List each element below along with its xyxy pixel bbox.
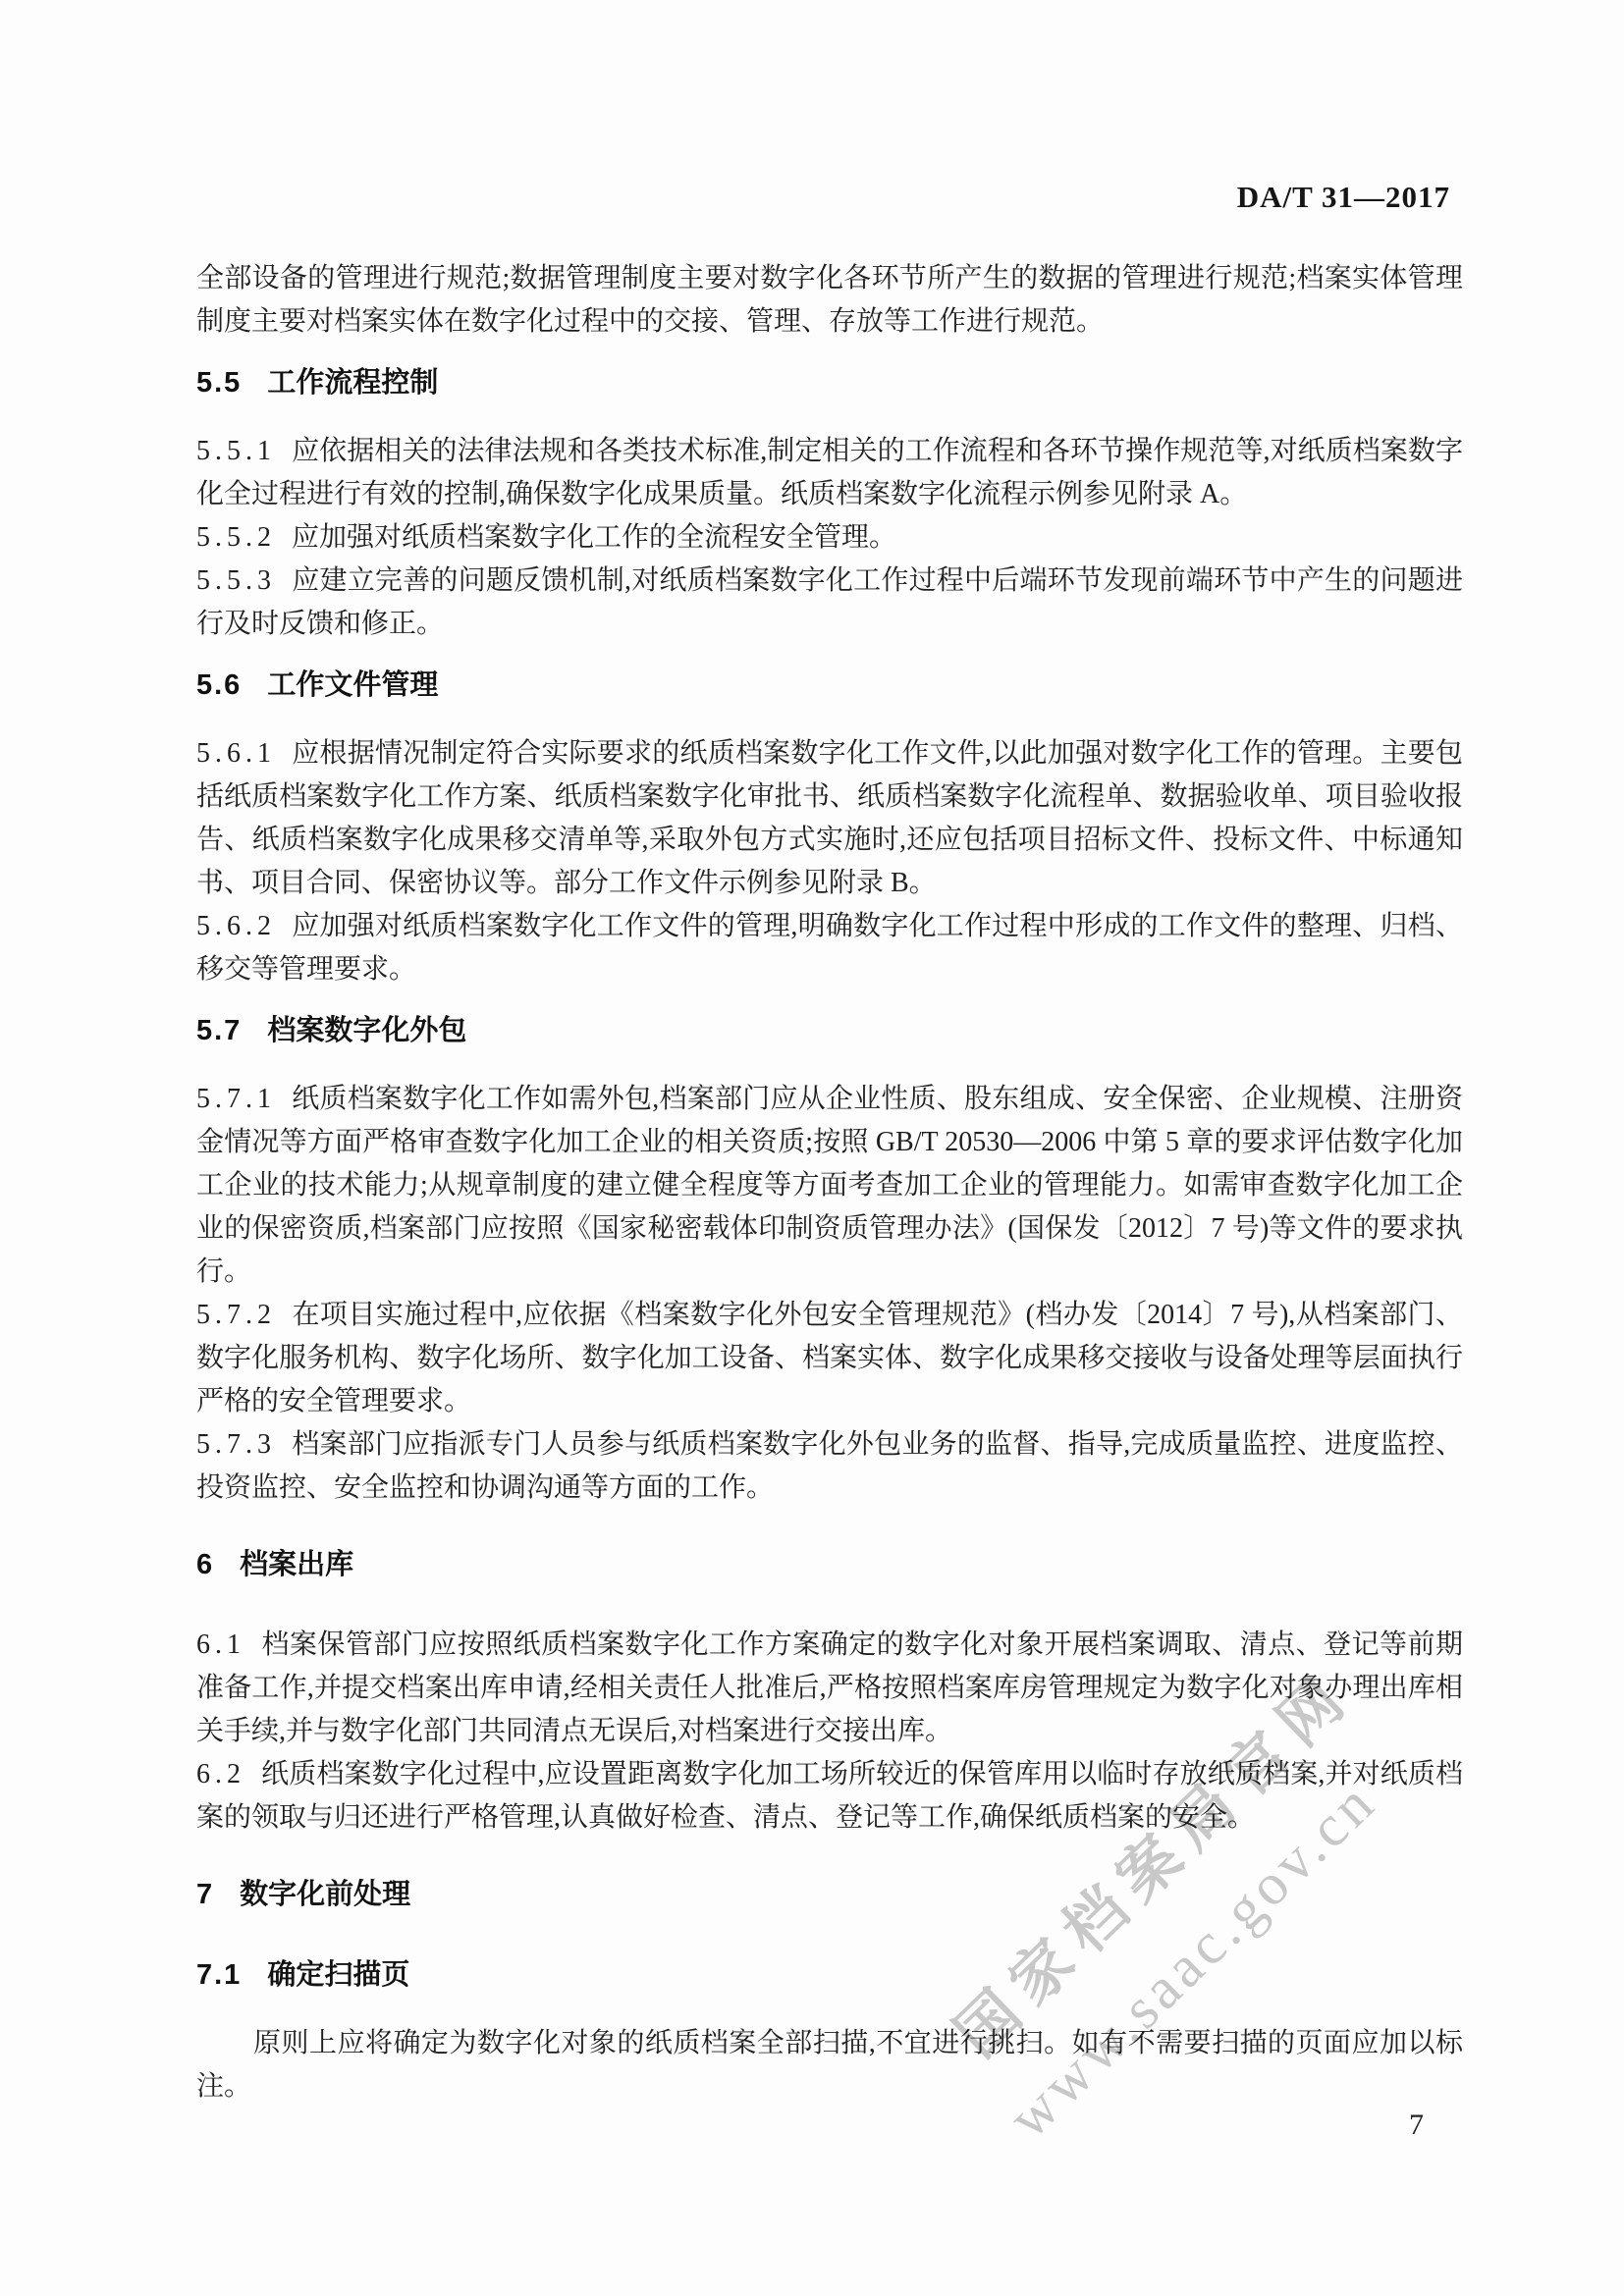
- heading-7-1: 7.1确定扫描页: [196, 1953, 1463, 1997]
- heading-title: 档案数字化外包: [267, 1015, 466, 1046]
- clause-text: 应加强对纸质档案数字化工作的全流程安全管理。: [292, 522, 896, 553]
- clause-number: 6.1: [196, 1629, 245, 1660]
- heading-title: 档案出库: [240, 1549, 353, 1580]
- clause-text: 应根据情况制定符合实际要求的纸质档案数字化工作文件,以此加强对数字化工作的管理。…: [196, 738, 1463, 898]
- clause-number: 5.7.2: [196, 1300, 276, 1330]
- heading-number: 5.5: [196, 367, 242, 399]
- heading-7: 7数字化前处理: [196, 1873, 1463, 1916]
- heading-number: 7.1: [196, 1959, 242, 1991]
- clause-text: 应依据相关的法律法规和各类技术标准,制定相关的工作流程和各环节操作规范等,对纸质…: [196, 436, 1463, 509]
- clause-5-5-2: 5.5.2应加强对纸质档案数字化工作的全流程安全管理。: [196, 516, 1463, 560]
- clause-number: 5.5.1: [196, 436, 276, 466]
- clause-number: 5.5.2: [196, 522, 276, 553]
- clause-text: 纸质档案数字化过程中,应设置距离数字化加工场所较近的保管库用以临时存放纸质档案,…: [196, 1759, 1463, 1833]
- heading-number: 5.7: [196, 1015, 242, 1046]
- heading-number: 7: [196, 1879, 214, 1910]
- clause-5-5-3: 5.5.3应建立完善的问题反馈机制,对纸质档案数字化工作过程中后端环节发现前端环…: [196, 560, 1463, 646]
- clause-5-5-1: 5.5.1应依据相关的法律法规和各类技术标准,制定相关的工作流程和各环节操作规范…: [196, 430, 1463, 516]
- heading-5-6: 5.6工作文件管理: [196, 664, 1463, 707]
- page-content: DA/T 31—2017 全部设备的管理进行规范;数据管理制度主要对数字化各环节…: [0, 0, 1624, 2109]
- document-page: 国家档案局官网 www.saac.gov.cn DA/T 31—2017 全部设…: [0, 0, 1624, 2296]
- clause-5-6-1: 5.6.1应根据情况制定符合实际要求的纸质档案数字化工作文件,以此加强对数字化工…: [196, 732, 1463, 905]
- heading-title: 工作文件管理: [267, 669, 438, 701]
- heading-number: 6: [196, 1549, 214, 1580]
- paragraph-7-1: 原则上应将确定为数字化对象的纸质档案全部扫描,不宜进行挑扫。如有不需要扫描的页面…: [196, 2022, 1463, 2109]
- clause-5-6-2: 5.6.2应加强对纸质档案数字化工作文件的管理,明确数字化工作过程中形成的工作文…: [196, 905, 1463, 991]
- heading-5-7: 5.7档案数字化外包: [196, 1009, 1463, 1052]
- heading-5-5: 5.5工作流程控制: [196, 361, 1463, 404]
- heading-title: 确定扫描页: [267, 1959, 409, 1991]
- paragraph-continuation: 全部设备的管理进行规范;数据管理制度主要对数字化各环节所产生的数据的管理进行规范…: [196, 257, 1463, 344]
- heading-number: 5.6: [196, 669, 242, 701]
- clause-text: 档案部门应指派专门人员参与纸质档案数字化外包业务的监督、指导,完成质量监控、进度…: [196, 1429, 1463, 1503]
- clause-number: 5.6.1: [196, 738, 276, 769]
- heading-title: 工作流程控制: [267, 367, 438, 399]
- clause-6-2: 6.2纸质档案数字化过程中,应设置距离数字化加工场所较近的保管库用以临时存放纸质…: [196, 1753, 1463, 1840]
- clause-number: 5.6.2: [196, 911, 276, 941]
- page-number: 7: [1409, 2109, 1424, 2142]
- clause-text: 在项目实施过程中,应依据《档案数字化外包安全管理规范》(档办发〔2014〕7 号…: [196, 1300, 1463, 1416]
- clause-text: 档案保管部门应按照纸质档案数字化工作方案确定的数字化对象开展档案调取、清点、登记…: [196, 1629, 1463, 1746]
- clause-text: 应建立完善的问题反馈机制,对纸质档案数字化工作过程中后端环节发现前端环节中产生的…: [196, 565, 1463, 639]
- clause-5-7-1: 5.7.1纸质档案数字化工作如需外包,档案部门应从企业性质、股东组成、安全保密、…: [196, 1078, 1463, 1294]
- clause-text: 应加强对纸质档案数字化工作文件的管理,明确数字化工作过程中形成的工作文件的整理、…: [196, 911, 1463, 985]
- clause-number: 5.7.3: [196, 1429, 276, 1460]
- clause-5-7-3: 5.7.3档案部门应指派专门人员参与纸质档案数字化外包业务的监督、指导,完成质量…: [196, 1423, 1463, 1510]
- doc-code-header: DA/T 31—2017: [196, 180, 1463, 215]
- clause-number: 5.5.3: [196, 565, 276, 596]
- clause-text: 纸质档案数字化工作如需外包,档案部门应从企业性质、股东组成、安全保密、企业规模、…: [196, 1084, 1463, 1287]
- heading-title: 数字化前处理: [240, 1879, 410, 1910]
- clause-number: 5.7.1: [196, 1084, 276, 1114]
- clause-number: 6.2: [196, 1759, 245, 1789]
- clause-5-7-2: 5.7.2在项目实施过程中,应依据《档案数字化外包安全管理规范》(档办发〔201…: [196, 1294, 1463, 1423]
- clause-6-1: 6.1档案保管部门应按照纸质档案数字化工作方案确定的数字化对象开展档案调取、清点…: [196, 1624, 1463, 1753]
- heading-6: 6档案出库: [196, 1543, 1463, 1586]
